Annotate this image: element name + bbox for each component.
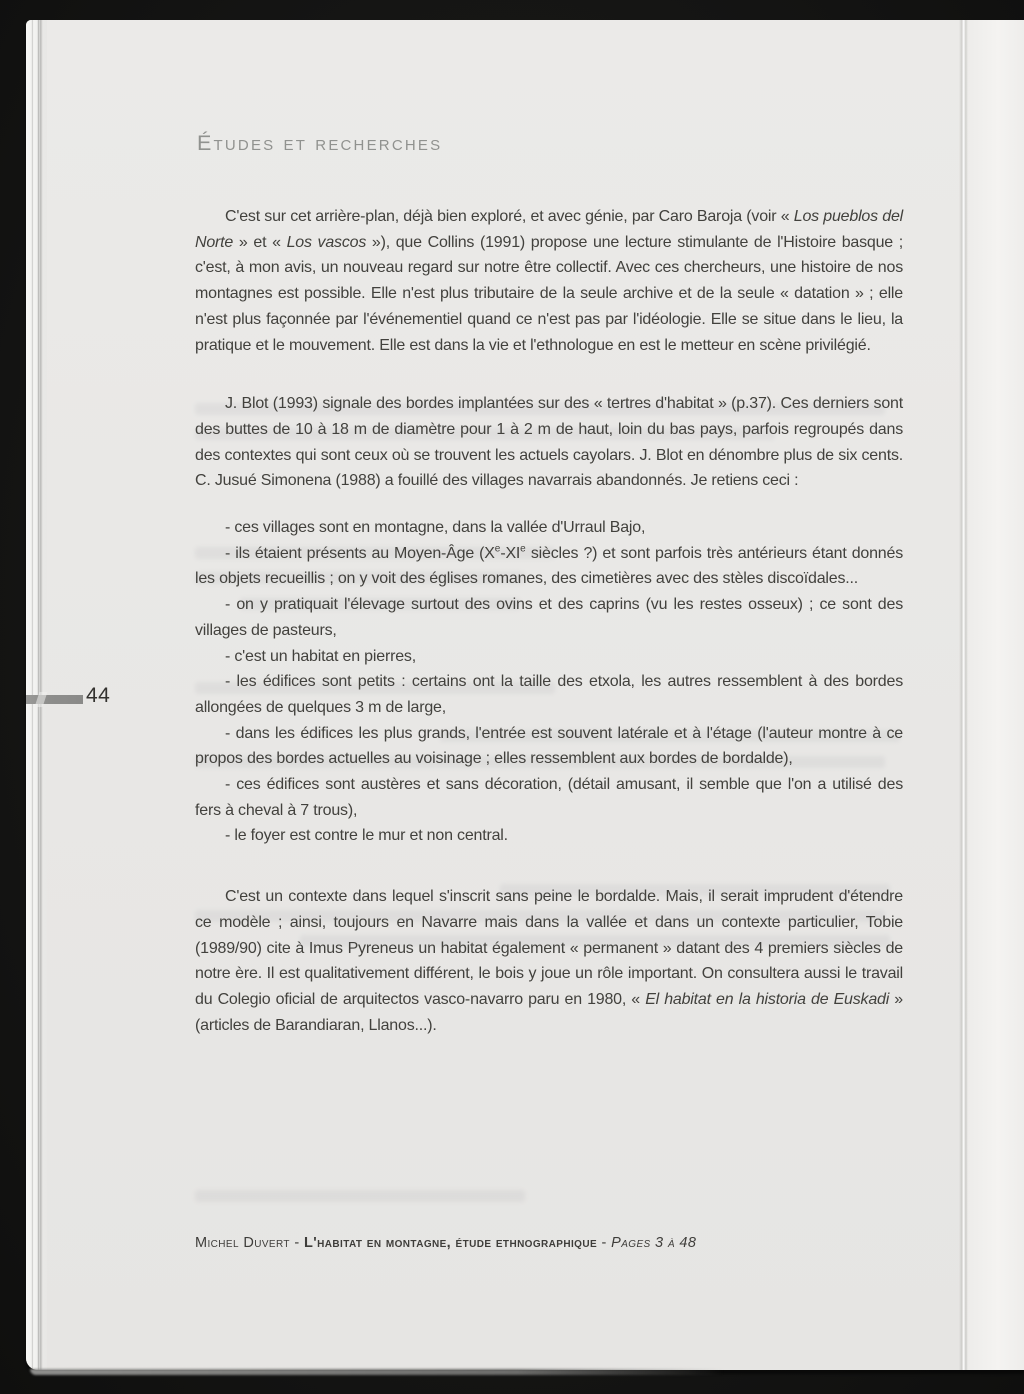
list-item: - ces édifices sont austères et sans déc…	[195, 772, 903, 823]
page-number-bar	[26, 695, 83, 704]
footer-separator: -	[597, 1235, 611, 1251]
page-body-text: C'est sur cet arrière-plan, déjà bien ex…	[195, 204, 903, 1038]
text-segment: - ces édifices sont austères et sans déc…	[195, 776, 903, 819]
running-footer: Michel Duvert - L'habitat en montagne, é…	[195, 1235, 903, 1251]
footer-author: Michel Duvert	[195, 1235, 290, 1251]
book-page: Études et recherches C'est sur cet arriè…	[26, 20, 1024, 1370]
binding-crease	[959, 20, 968, 1370]
ghost-text	[195, 1190, 525, 1202]
footer-article-title: L'habitat en montagne, étude ethnographi…	[304, 1235, 597, 1251]
page-number: 44	[86, 684, 110, 708]
text-segment: - le foyer est contre le mur et non cent…	[225, 827, 508, 844]
list-item: - ces villages sont en montagne, dans la…	[195, 515, 903, 541]
list-item: - c'est un habitat en pierres,	[195, 644, 903, 670]
text-segment: - les édifices sont petits : certains on…	[195, 673, 903, 716]
text-segment: - ces villages sont en montagne, dans la…	[225, 519, 645, 536]
text-segment: J. Blot (1993) signale des bordes implan…	[195, 395, 903, 489]
page-bottom-edge	[30, 1369, 724, 1375]
text-segment: - on y pratiquait l'élevage surtout des …	[195, 596, 903, 639]
list-item: - on y pratiquait l'élevage surtout des …	[195, 592, 903, 643]
list-item: - les édifices sont petits : certains on…	[195, 669, 903, 720]
text-segment: El habitat en la historia de Euskadi	[645, 991, 889, 1008]
paragraph: C'est sur cet arrière-plan, déjà bien ex…	[195, 204, 903, 358]
text-segment: C'est sur cet arrière-plan, déjà bien ex…	[225, 208, 794, 225]
section-header: Études et recherches	[197, 131, 442, 156]
text-segment: » et «	[233, 234, 286, 251]
binding-gutter	[967, 20, 1024, 1370]
paragraph: C'est un contexte dans lequel s'inscrit …	[195, 884, 903, 1038]
list-item: - ils étaient présents au Moyen-Âge (Xe-…	[195, 541, 903, 592]
text-segment: -XI	[500, 545, 520, 562]
list-item: - dans les édifices les plus grands, l'e…	[195, 721, 903, 772]
paragraph: J. Blot (1993) signale des bordes implan…	[195, 391, 903, 494]
footer-separator: -	[290, 1235, 304, 1251]
text-segment: - c'est un habitat en pierres,	[225, 648, 416, 665]
text-segment: - dans les édifices les plus grands, l'e…	[195, 725, 903, 768]
text-segment: Los vascos	[287, 234, 367, 251]
text-segment: - ils étaient présents au Moyen-Âge (X	[225, 545, 495, 562]
list-item: - le foyer est contre le mur et non cent…	[195, 823, 903, 849]
text-segment: »), que Collins (1991) propose une lectu…	[195, 234, 903, 354]
footer-page-range: Pages 3 à 48	[611, 1235, 696, 1251]
